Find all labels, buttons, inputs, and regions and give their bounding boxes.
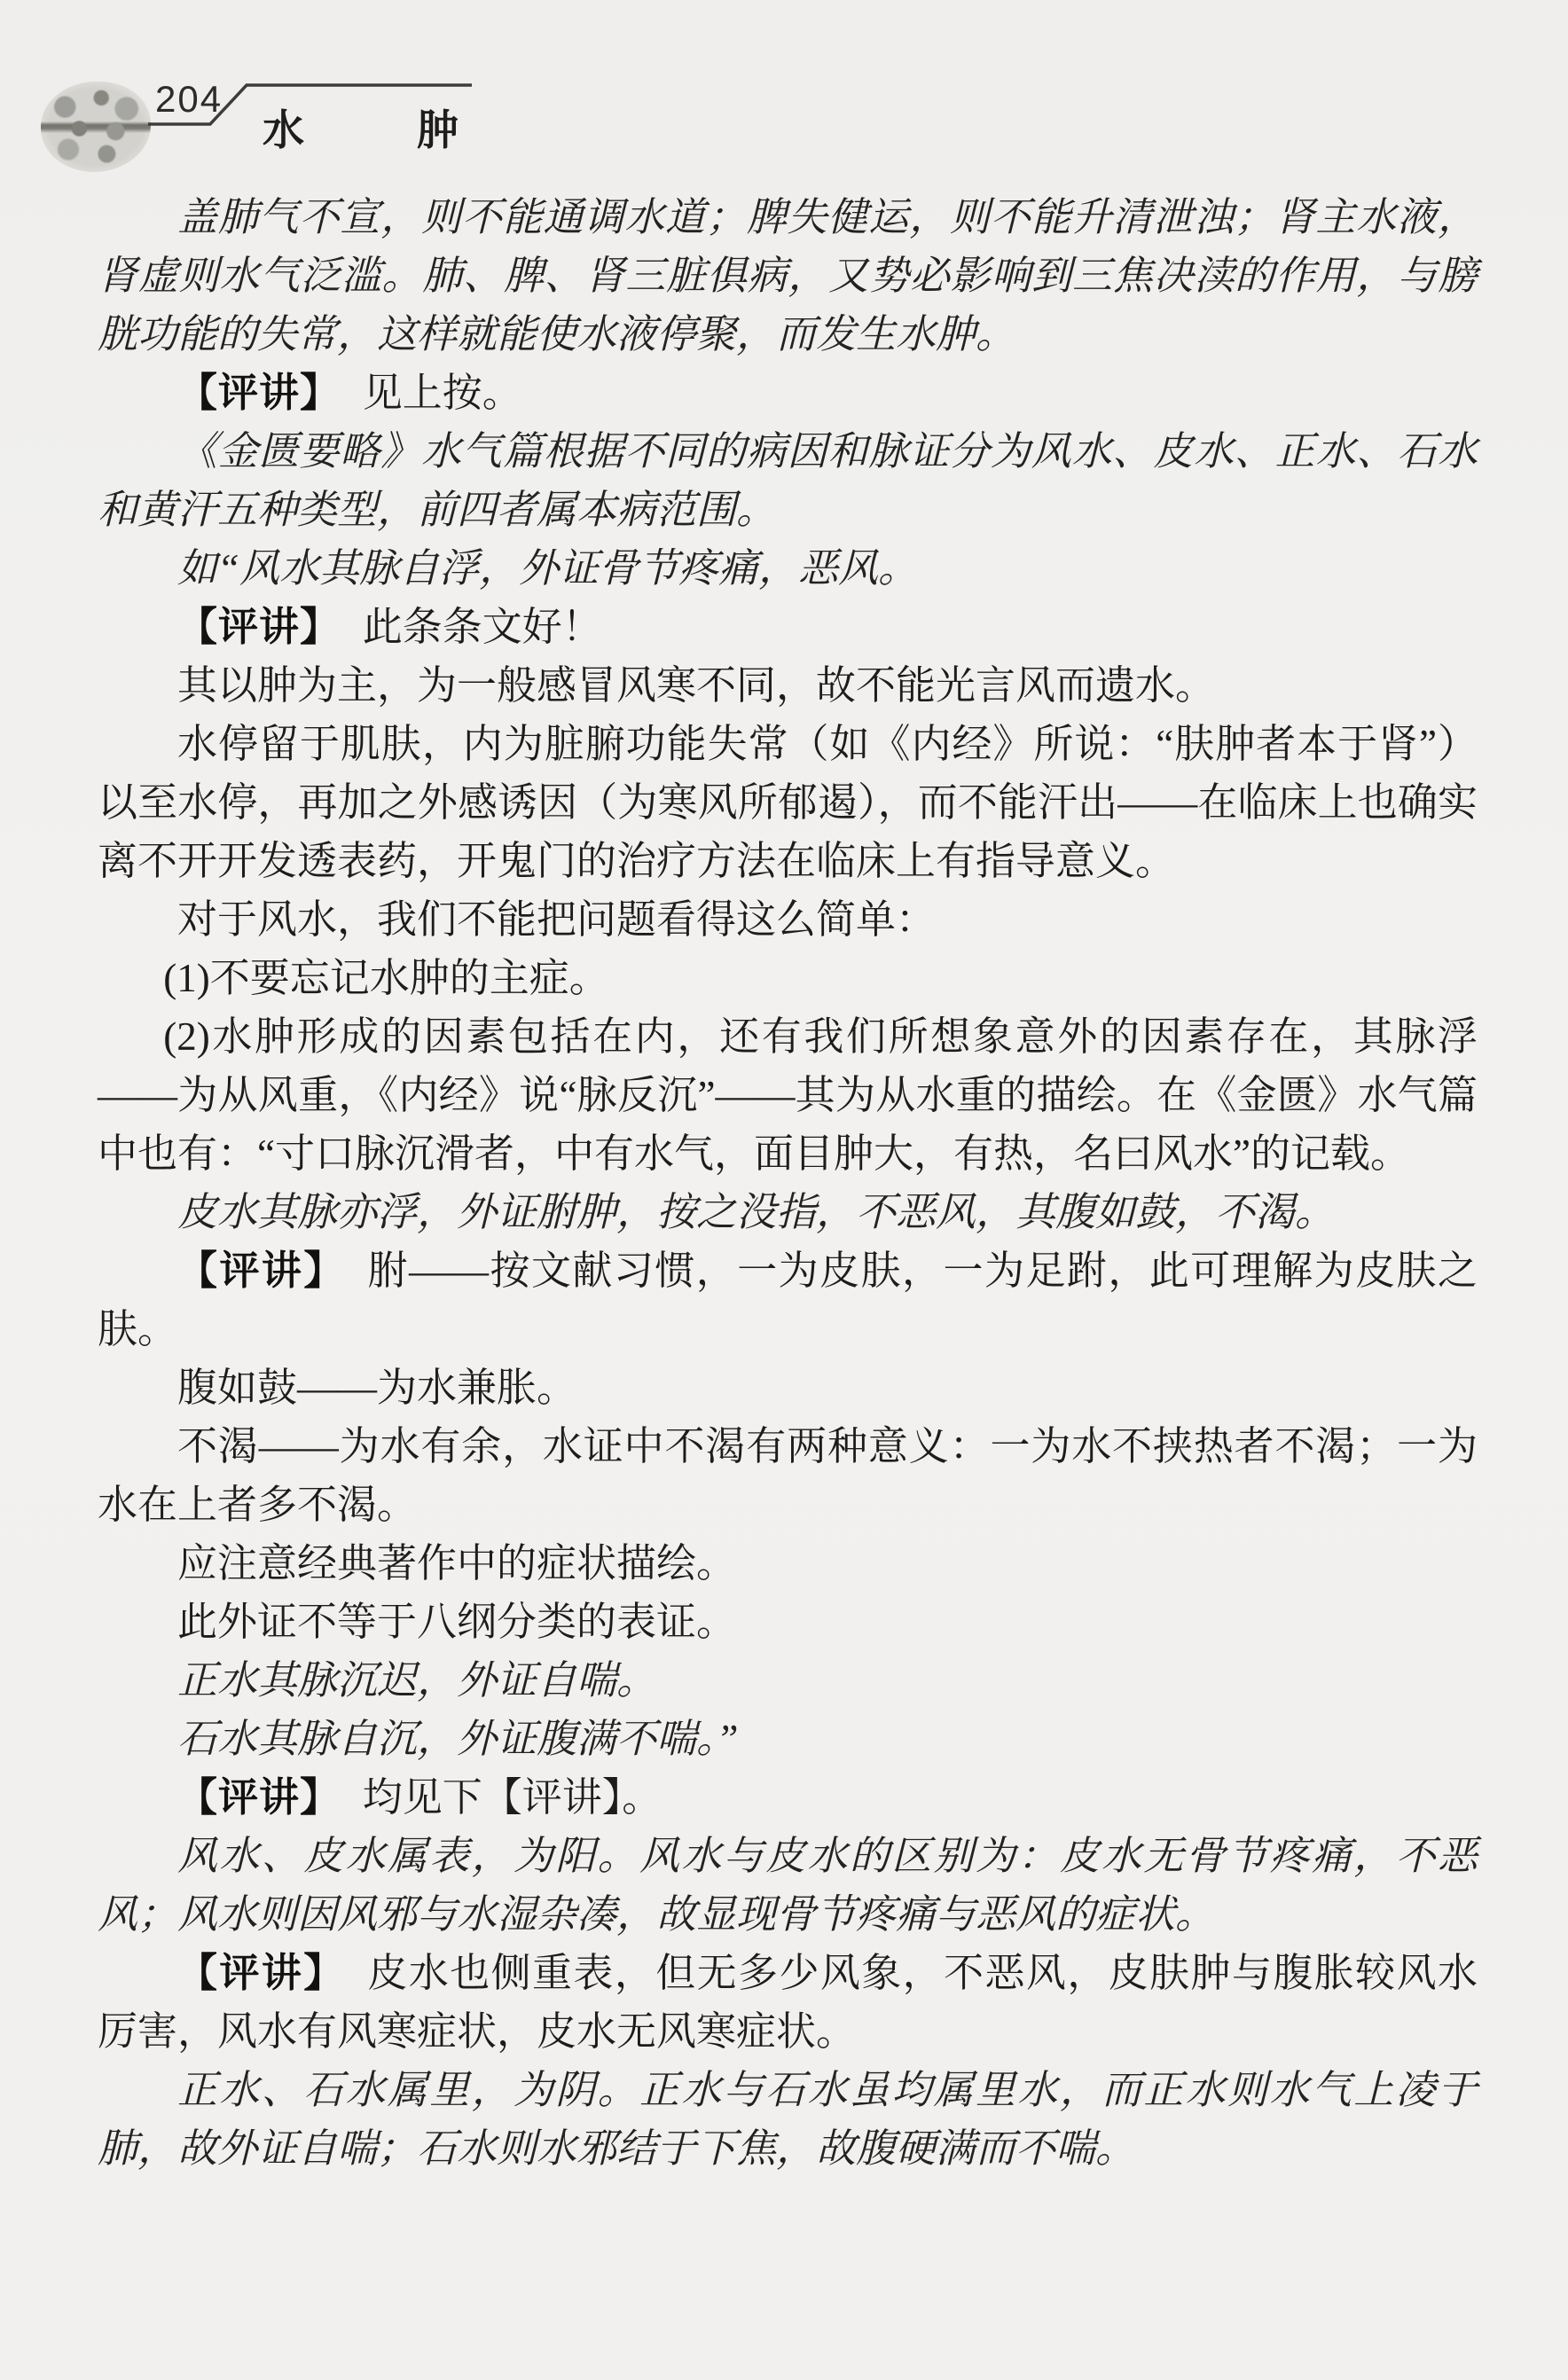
paragraph-commentary: 应注意经典著作中的症状描绘。 [98,1534,1478,1593]
paragraph-text: 均见下【评讲】。 [363,1775,662,1820]
paragraph-commentary: 此外证不等于八纲分类的表证。 [98,1593,1478,1651]
paragraph-text: 见上按。 [363,371,522,415]
paragraph-quote: 石水其脉自沉，外证腹满不喘。” [98,1710,1478,1768]
paragraph-commentary: 不渴——为水有余，水证中不渴有两种意义：一为水不挟热者不渴；一为水在上者多不渴。 [98,1417,1478,1534]
paragraph-commentary: 其以肿为主，为一般感冒风寒不同，故不能光言风而遗水。 [98,656,1478,715]
paragraph-commentary: 【评讲】此条条文好！ [98,598,1478,656]
paragraph-quote: 盖肺气不宣，则不能通调水道；脾失健运，则不能升清泄浊；肾主水液，肾虚则水气泛滥。… [98,188,1478,364]
paragraph-quote: 如“风水其脉自浮，外证骨节疼痛，恶风。 [98,539,1478,598]
chapter-title-char-1: 水 [263,98,304,157]
paragraph-commentary: 水停留于肌肤，内为脏腑功能失常（如《内经》所说：“肤肿者本于肾”）以至水停，再加… [98,715,1478,890]
pingjiang-label: 【评讲】 [177,1249,346,1293]
paragraph-quote: 正水、石水属里，为阴。正水与石水虽均属里水，而正水则水气上凌于肺，故外证自喘；石… [98,2061,1478,2178]
body-text: 盖肺气不宣，则不能通调水道；脾失健运，则不能升清泄浊；肾主水液，肾虚则水气泛滥。… [98,188,1478,2178]
paragraph-commentary: 【评讲】皮水也侧重表，但无多少风象，不恶风，皮肤肿与腹胀较风水厉害，风水有风寒症… [98,1944,1478,2061]
pingjiang-label: 【评讲】 [177,1775,341,1820]
paragraph-numbered-item: (2)水肿形成的因素包括在内，还有我们所想象意外的因素存在，其脉浮——为从风重，… [98,1007,1478,1183]
pingjiang-label: 【评讲】 [177,605,341,649]
page-number: 204 [155,78,223,121]
paragraph-commentary: 对于风水，我们不能把问题看得这么简单： [98,890,1478,949]
paragraph-text: 此条条文好！ [363,605,602,649]
paragraph-commentary: 【评讲】均见下【评讲】。 [98,1768,1478,1827]
pingjiang-label: 【评讲】 [177,371,341,415]
book-page: 204 水 肿 盖肺气不宣，则不能通调水道；脾失健运，则不能升清泄浊；肾主水液，… [0,0,1568,2380]
pingjiang-label: 【评讲】 [177,1951,346,1995]
paragraph-quote: 《金匮要略》水气篇根据不同的病因和脉证分为风水、皮水、正水、石水和黄汗五种类型，… [98,422,1478,539]
chapter-title-char-2: 肿 [417,98,459,157]
paragraph-quote: 正水其脉沉迟，外证自喘。 [98,1651,1478,1710]
paragraph-commentary: 腹如鼓——为水兼胀。 [98,1358,1478,1417]
paragraph-commentary: 【评讲】胕——按文献习惯，一为皮肤，一为足跗，此可理解为皮肤之肤。 [98,1241,1478,1358]
paragraph-numbered-item: (1)不要忘记水肿的主症。 [98,949,1478,1007]
paragraph-quote: 风水、皮水属表，为阳。风水与皮水的区别为：皮水无骨节疼痛，不恶风；风水则因风邪与… [98,1827,1478,1944]
paragraph-quote: 皮水其脉亦浮，外证胕肿，按之没指，不恶风，其腹如鼓，不渴。 [98,1183,1478,1241]
paragraph-commentary: 【评讲】见上按。 [98,364,1478,422]
